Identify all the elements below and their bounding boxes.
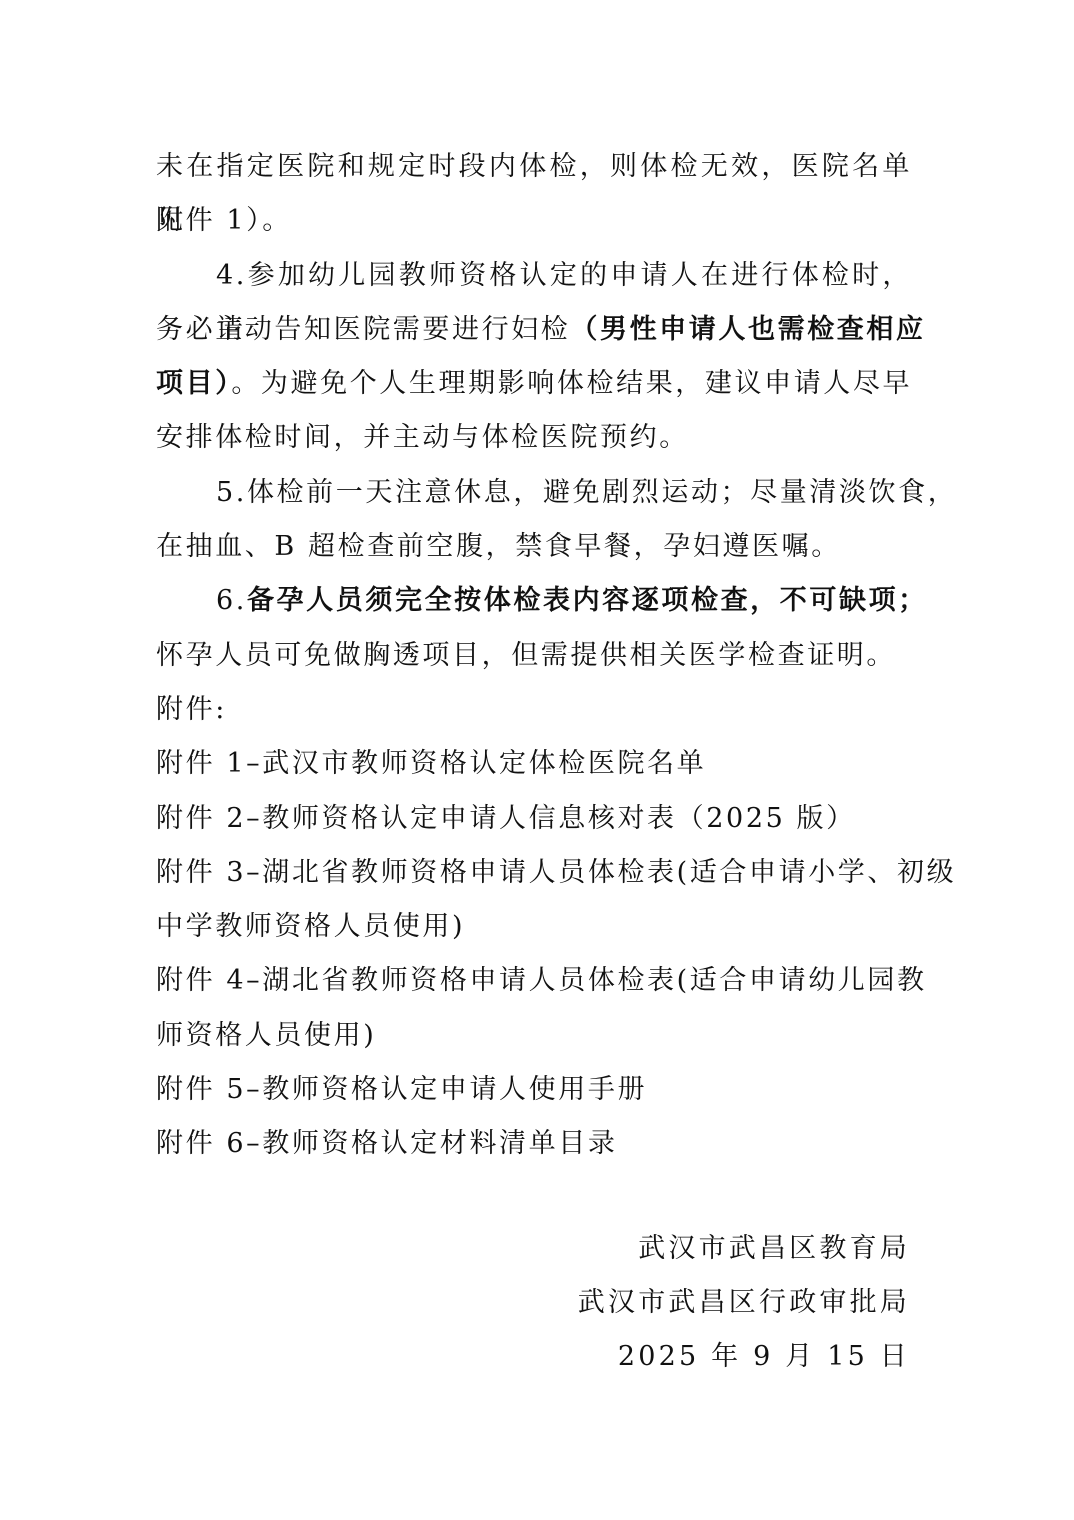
signature-block: 武汉市武昌区教育局 武汉市武昌区行政审批局 2025 年 9 月 15 日 [578,1222,910,1384]
paragraph-6-line-1: 6.备孕人员须完全按体检表内容逐项检查，不可缺项； [156,574,912,628]
paragraph-5-line-1: 5.体检前一天注意休息，避免剧烈运动；尽量清淡饮食， [156,466,912,520]
attachment-1: 附件 1–武汉市教师资格认定体检医院名单 [156,737,912,791]
paragraph-6-line-2: 怀孕人员可免做胸透项目，但需提供相关医学检查证明。 [156,629,912,683]
document-page: 未在指定医院和规定时段内体检，则体检无效，医院名单见 附件 1）。 4.参加幼儿… [0,0,1074,1520]
signature-org-education-bureau: 武汉市武昌区教育局 [578,1222,910,1276]
paragraph-4-line-4: 安排体检时间，并主动与体检医院预约。 [156,411,912,465]
attachment-6: 附件 6–教师资格认定材料清单目录 [156,1117,912,1171]
paragraph-5-line-2: 在抽血、B 超检查前空腹，禁食早餐，孕妇遵医嘱。 [156,520,912,574]
paragraph-4-line-1: 4.参加幼儿园教师资格认定的申请人在进行体检时，请 [156,249,912,303]
attachments-heading: 附件: [156,683,912,737]
paragraph-4-line-2-normal: 务必主动告知医院需要进行妇检 [156,314,570,345]
attachment-5: 附件 5–教师资格认定申请人使用手册 [156,1063,912,1117]
paragraph-6-prefix: 6. [216,585,247,616]
paragraph-4-line-3-normal: 。为避免个人生理期影响体检结果，建议申请人尽早 [231,368,912,399]
signature-org-approval-bureau: 武汉市武昌区行政审批局 [578,1276,910,1330]
paragraph-4-line-3: 项目）。为避免个人生理期影响体检结果，建议申请人尽早 [156,357,912,411]
paragraph-6-bold-text: 备孕人员须完全按体检表内容逐项检查，不可缺项； [247,585,928,616]
paragraph-3-line-2: 附件 1）。 [156,194,912,248]
paragraph-3-line-1: 未在指定医院和规定时段内体检，则体检无效，医院名单见 [156,140,912,194]
paragraph-4-line-3-bold: 项目） [156,368,231,399]
paragraph-4-line-2-bold: （男性申请人也需检查相应 [570,314,925,345]
paragraph-4-line-2: 务必主动告知医院需要进行妇检（男性申请人也需检查相应 [156,303,912,357]
attachment-4-line-2: 师资格人员使用) [156,1009,912,1063]
attachment-3-line-1: 附件 3–湖北省教师资格申请人员体检表(适合申请小学、初级 [156,846,912,900]
document-body: 未在指定医院和规定时段内体检，则体检无效，医院名单见 附件 1）。 4.参加幼儿… [156,140,912,1172]
signature-date: 2025 年 9 月 15 日 [578,1330,910,1384]
attachment-4-line-1: 附件 4–湖北省教师资格申请人员体检表(适合申请幼儿园教 [156,954,912,1008]
attachment-3-line-2: 中学教师资格人员使用) [156,900,912,954]
attachment-2: 附件 2–教师资格认定申请人信息核对表（2025 版） [156,792,912,846]
